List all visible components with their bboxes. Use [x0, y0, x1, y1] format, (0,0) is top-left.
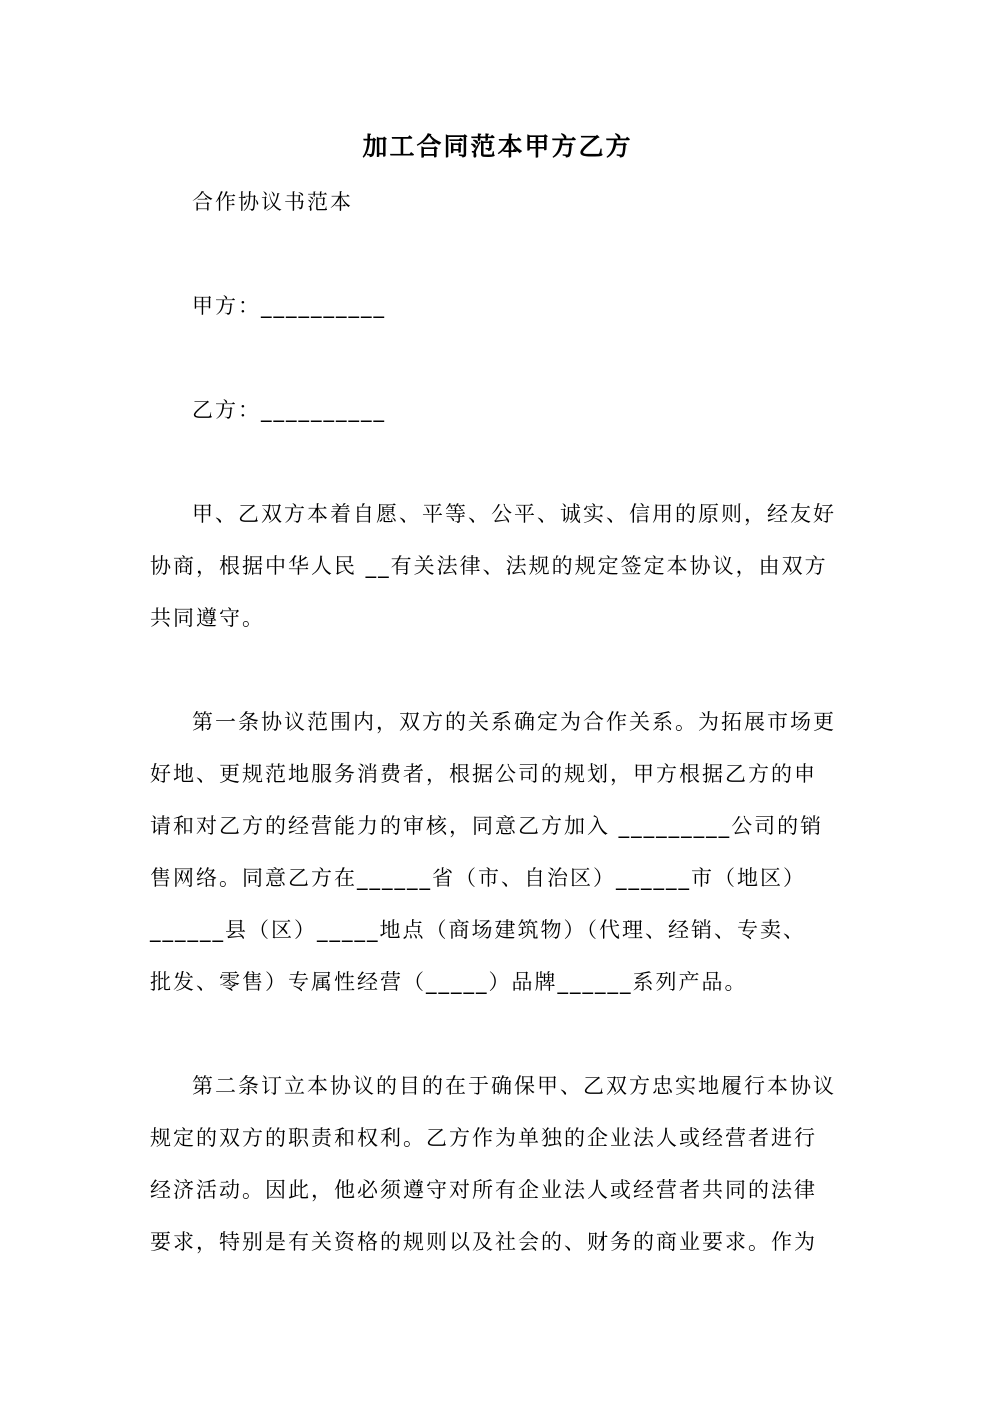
text-line: 售网络。同意乙方在______省（市、自治区）______市（地区）: [150, 852, 845, 904]
document-title: 加工合同范本甲方乙方: [150, 118, 845, 176]
text-line: 甲、乙双方本着自愿、平等、公平、诚实、信用的原则，经友好: [150, 488, 845, 540]
article-2-paragraph: 第二条订立本协议的目的在于确保甲、乙双方忠实地履行本协议规定的双方的职责和权利。…: [150, 1060, 845, 1268]
text-line: 要求，特别是有关资格的规则以及社会的、财务的商业要求。作为: [150, 1216, 845, 1268]
preamble-paragraph: 甲、乙双方本着自愿、平等、公平、诚实、信用的原则，经友好协商，根据中华人民 __…: [150, 488, 845, 644]
text-line: 第二条订立本协议的目的在于确保甲、乙双方忠实地履行本协议: [150, 1060, 845, 1112]
subtitle: 合作协议书范本: [150, 176, 845, 228]
party-b-line: 乙方：__________: [150, 384, 845, 436]
text-line: 经济活动。因此，他必须遵守对所有企业法人或经营者共同的法律: [150, 1164, 845, 1216]
text-line: ______县（区）_____地点（商场建筑物）（代理、经销、专卖、: [150, 904, 845, 956]
party-a-line: 甲方：__________: [150, 280, 845, 332]
article-1-paragraph: 第一条协议范围内，双方的关系确定为合作关系。为拓展市场更好地、更规范地服务消费者…: [150, 696, 845, 1008]
text-line: 甲方：__________: [150, 280, 845, 332]
text-line: 乙方：__________: [150, 384, 845, 436]
text-line: 批发、零售）专属性经营（_____）品牌______系列产品。: [150, 956, 845, 1008]
text-line: 规定的双方的职责和权利。乙方作为单独的企业法人或经营者进行: [150, 1112, 845, 1164]
text-line: 第一条协议范围内，双方的关系确定为合作关系。为拓展市场更: [150, 696, 845, 748]
document-body: 合作协议书范本甲方：__________乙方：__________甲、乙双方本着…: [150, 176, 845, 1268]
text-line: 共同遵守。: [150, 592, 845, 644]
text-line: 合作协议书范本: [150, 176, 845, 228]
document-page: 加工合同范本甲方乙方 合作协议书范本甲方：__________乙方：______…: [0, 0, 993, 1404]
text-line: 请和对乙方的经营能力的审核，同意乙方加入 _________公司的销: [150, 800, 845, 852]
text-line: 好地、更规范地服务消费者，根据公司的规划，甲方根据乙方的申: [150, 748, 845, 800]
text-line: 协商，根据中华人民 __有关法律、法规的规定签定本协议，由双方: [150, 540, 845, 592]
